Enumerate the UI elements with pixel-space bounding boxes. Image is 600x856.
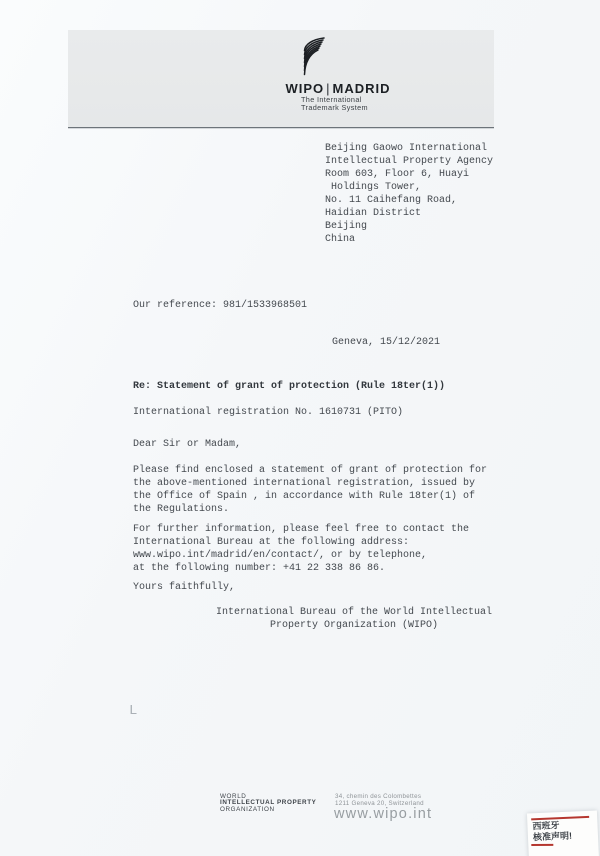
brand-madrid: MADRID — [333, 81, 391, 96]
body-paragraph-1: Please find enclosed a statement of gran… — [133, 464, 487, 516]
subject-line: Re: Statement of grant of protection (Ru… — [133, 380, 445, 393]
salutation: Dear Sir or Madam, — [133, 438, 241, 451]
footer-website: www.wipo.int — [334, 806, 432, 822]
brand-divider: | — [324, 81, 332, 96]
tagline-line2: Trademark System — [301, 104, 368, 112]
scanned-letter-page: WIPO|MADRID The International Trademark … — [0, 0, 600, 856]
wipo-swoosh-icon — [299, 36, 328, 80]
sticky-note-red-strike — [531, 844, 553, 846]
sticky-note-line2: 核准声明! — [533, 830, 595, 844]
reference-value: 981/1533968501 — [223, 300, 307, 311]
footer-org-line3: ORGANIZATION — [220, 807, 316, 813]
signature-block: International Bureau of the World Intell… — [215, 606, 493, 632]
footer-org-name: WORLD INTELLECTUAL PROPERTY ORGANIZATION — [220, 794, 316, 813]
body-paragraph-2: For further information, please feel fre… — [133, 523, 469, 575]
closing-line: Yours faithfully, — [133, 581, 235, 594]
reference-label: Our reference: — [133, 300, 217, 311]
sticky-note: 西班牙 核准声明! — [527, 810, 599, 856]
letterhead-rule — [68, 127, 494, 128]
registration-line: International registration No. 1610731 (… — [133, 406, 403, 419]
brand-tagline: The International Trademark System — [301, 96, 368, 112]
letterhead-band — [68, 30, 494, 127]
reference-line: Our reference: 981/1533968501 — [133, 299, 307, 312]
brand-wipo: WIPO — [285, 81, 324, 96]
scan-artifact-mark: L — [129, 703, 137, 719]
recipient-address: Beijing Gaowo International Intellectual… — [325, 142, 493, 246]
brand-wordmark: WIPO|MADRID — [280, 81, 396, 96]
date-line: Geneva, 15/12/2021 — [332, 336, 440, 349]
